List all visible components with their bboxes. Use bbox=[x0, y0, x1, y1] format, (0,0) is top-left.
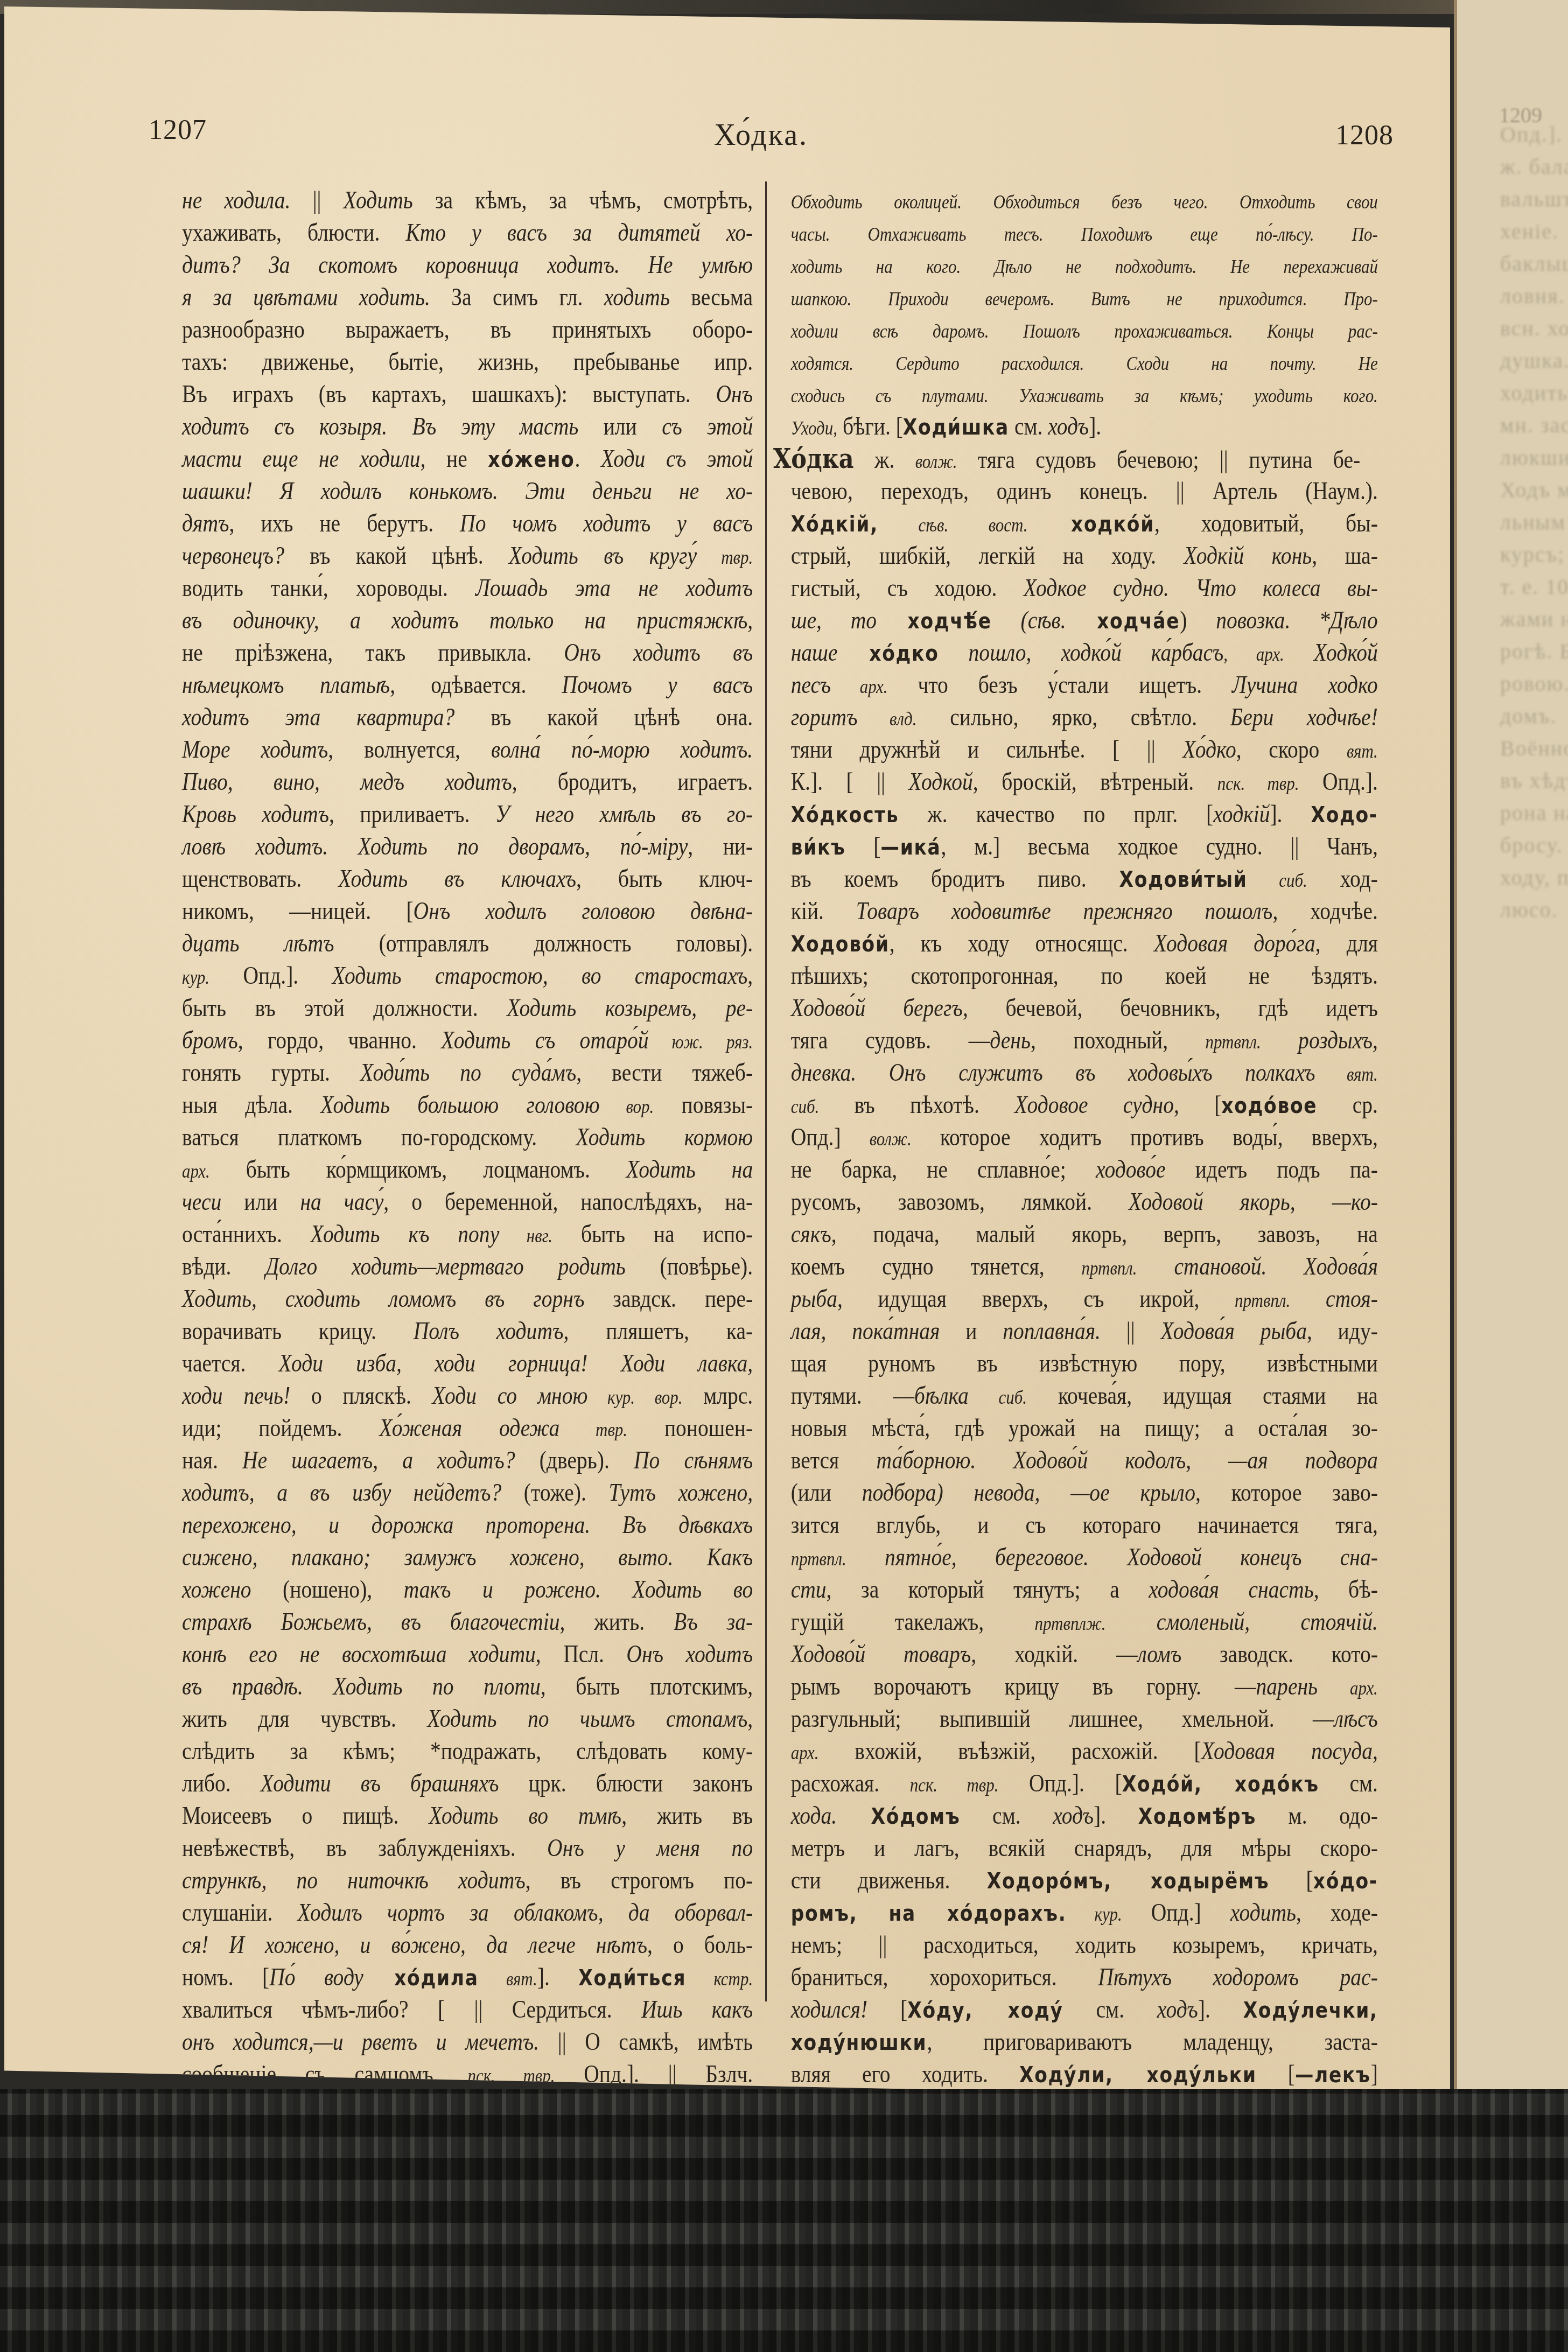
text-line: хвалиться чѣмъ-либо? [ || Сердиться. Ишь… bbox=[182, 1993, 753, 2026]
text-run: Ходить на bbox=[626, 1156, 753, 1183]
bold-term: Ходу́ли, ходу́льки bbox=[1019, 2063, 1257, 2088]
text-line: чается. Ходи изба, ходи горница! Ходи ла… bbox=[182, 1347, 753, 1380]
text-run: щая руномъ въ извѣстную пору, извѣстными bbox=[791, 1349, 1378, 1377]
text-line: Хо́дкость ж. качество по прлг. [ходкій].… bbox=[773, 798, 1378, 830]
text-run: , ходовитый, бы- bbox=[1154, 509, 1378, 537]
text-line: Кровь ходитъ, приливаетъ. У него хмѣль в… bbox=[182, 798, 753, 830]
text-run: кстр. bbox=[686, 1968, 753, 1990]
text-run: страхѣ Божьемъ, въ благочестіи bbox=[182, 1608, 559, 1635]
text-line: немъ; || расходиться, ходить козыремъ, к… bbox=[773, 1929, 1378, 1961]
text-run: || bbox=[290, 186, 343, 214]
text-run: русомъ, завозомъ, лямкой. bbox=[791, 1188, 1129, 1215]
text-line: зится вглубь, и съ котораго начинается т… bbox=[773, 1509, 1378, 1541]
text-run: , волнуется, bbox=[328, 736, 491, 763]
text-run: ворачивать крицу. bbox=[182, 1317, 414, 1345]
text-run: или bbox=[578, 412, 662, 440]
text-line: тяга судовъ. —день, походный, пртвпл. ро… bbox=[773, 1024, 1378, 1056]
text-run: немъ; || расходиться, ходить козыремъ, к… bbox=[791, 1931, 1378, 1958]
text-run: , жить. bbox=[559, 1608, 674, 1635]
text-run: , ша- bbox=[1312, 542, 1378, 569]
text-line: ухаживать, блюсти. Кто у васъ за дитятей… bbox=[182, 216, 753, 249]
text-line: вется та́борною. Ходово́й кодолъ, —ая по… bbox=[773, 1444, 1378, 1476]
bold-term: ви́къ bbox=[791, 835, 846, 860]
text-run: Полъ ходитъ bbox=[414, 1317, 564, 1345]
text-run: юж. ряз. bbox=[649, 1031, 753, 1053]
text-run: Въ играхъ (въ картахъ, шашкахъ): выступа… bbox=[182, 380, 716, 408]
text-run: номъ. [ bbox=[182, 1963, 269, 1991]
text-run: Ходовой якорь, —ко- bbox=[1129, 1188, 1378, 1215]
text-run: перехожено, и дорожка проторена. Въ дѣвк… bbox=[182, 1511, 753, 1538]
text-line: коемъ судно тянется, пртвпл. становой. Х… bbox=[773, 1250, 1378, 1283]
text-run: , иду- bbox=[1307, 1317, 1378, 1345]
text-line: страхѣ Божьемъ, въ благочестіи, жить. Въ… bbox=[182, 1606, 753, 1638]
text-line: К.]. [ || Ходкой, броскій, вѣтреный. пск… bbox=[773, 766, 1378, 798]
text-run: Ходить по чьимъ стопамъ bbox=[427, 1705, 747, 1732]
text-run: , бечевой, бечовникъ, гдѣ идетъ bbox=[963, 994, 1378, 1021]
text-run: бѣлка bbox=[914, 1382, 969, 1409]
text-run: Въ за- bbox=[674, 1608, 753, 1635]
text-line: путями. —бѣлка сиб. кочева́я, идущая ста… bbox=[773, 1380, 1378, 1412]
text-line: сти движенья. Ходоро́мъ, ходырёмъ [хо́до… bbox=[773, 1864, 1378, 1896]
text-line: Уходи, бѣги. [Ходи́шка см. ходъ]. bbox=[773, 410, 1378, 443]
text-run: , жить въ bbox=[621, 1802, 753, 1829]
text-line: конѣ его не восхотѣша ходити, Псл. Онъ х… bbox=[182, 1638, 753, 1670]
text-run: , приливаетъ. bbox=[329, 800, 495, 828]
text-run: волж. bbox=[915, 451, 957, 472]
text-run: , вести тяжеб- bbox=[576, 1059, 753, 1086]
text-run: слѣдить за кѣмъ; *подражать, слѣдовать к… bbox=[182, 1737, 753, 1765]
text-run: сижено, плакано; замужъ хожено, выто. Ка… bbox=[182, 1543, 753, 1571]
text-line: перехожено, и дорожка проторена. Въ дѣвк… bbox=[182, 1509, 753, 1541]
text-run: Кто у васъ за дитятей хо- bbox=[406, 219, 753, 246]
text-run: пошло, ходко́й ка́рбасъ bbox=[939, 639, 1224, 666]
text-run: горитъ bbox=[791, 703, 858, 731]
text-line: ше, то ходчѣ́е (сѣв. ходча́е) повозка. *… bbox=[773, 604, 1378, 636]
text-run: Ходить старостою, во старостахъ, bbox=[332, 962, 753, 989]
text-run: Моисеевъ о пищѣ. bbox=[182, 1802, 429, 1829]
text-line: Море ходитъ, волнуется, волна́ по́-морю … bbox=[182, 733, 753, 766]
text-run: ходили всѣ даромъ. Пошолъ прохаживаться.… bbox=[791, 320, 1378, 342]
text-run: весьма bbox=[670, 283, 753, 311]
text-run: К.]. [ || bbox=[791, 768, 909, 795]
text-run: Хо́женая одежа bbox=[379, 1414, 559, 1441]
text-run: ходитъ съ козыря. Въ эту масть bbox=[182, 412, 578, 440]
text-run: пртвпл. bbox=[791, 1548, 846, 1570]
text-line: Опд.] волж. которое ходитъ противъ воды́… bbox=[773, 1121, 1378, 1153]
text-run: вхожій, въѣзжій, расхожій. [ bbox=[819, 1737, 1201, 1765]
text-line: сти, за который тянутъ; а ходова́я снаст… bbox=[773, 1573, 1378, 1606]
text-line: щенствовать. Ходить въ ключахъ, быть клю… bbox=[182, 863, 753, 895]
text-run: , подача, малый якорь, верпъ, завозъ, на bbox=[831, 1220, 1378, 1248]
text-line: пртвпл. пятно́е, береговое. Ходовой коне… bbox=[773, 1541, 1378, 1573]
text-run: Онъ bbox=[716, 380, 753, 408]
text-run: быть въ этой должности. bbox=[182, 994, 507, 1021]
column-rule bbox=[765, 181, 767, 2001]
text-run: пртвпл. bbox=[1082, 1257, 1137, 1279]
text-run: Опд.]. bbox=[1299, 768, 1378, 795]
text-run: ]. bbox=[1094, 1802, 1138, 1829]
text-run: кур. bbox=[1067, 1903, 1122, 1925]
text-line: Ходово́й товаръ, ходкій. —ломъ заводск. … bbox=[773, 1638, 1378, 1670]
text-run: [ bbox=[1257, 2060, 1295, 2088]
text-run: , гордо, чванно. bbox=[238, 1026, 442, 1054]
text-line: жить для чувствъ. Ходить по чьимъ стопам… bbox=[182, 1703, 753, 1735]
text-run: , такъ и рожено. Ходить во bbox=[367, 1576, 753, 1603]
text-run: За симъ гл. bbox=[430, 283, 604, 311]
text-run: коемъ судно тянется, bbox=[791, 1252, 1082, 1280]
text-run: становой. Ходова́я bbox=[1137, 1252, 1378, 1280]
text-run: вят. bbox=[1315, 1063, 1378, 1085]
text-run: сильно, ярко, свѣтло. bbox=[916, 703, 1230, 731]
text-run: дитъ? За скотомъ коровница ходитъ. Не ум… bbox=[182, 251, 753, 278]
text-run: въ коемъ бродитъ пиво. bbox=[791, 865, 1119, 892]
text-line: дятъ, ихъ не берутъ. По чомъ ходитъ у ва… bbox=[182, 507, 753, 540]
text-run: , въ строгомъ по- bbox=[526, 1866, 753, 1894]
text-line: ворачивать крицу. Полъ ходитъ, пляшетъ, … bbox=[182, 1315, 753, 1347]
text-run: Онъ ходилъ головою двѣна- bbox=[414, 897, 753, 925]
text-line: не пріѣзжена, такъ привыкла. Онъ ходитъ … bbox=[182, 636, 753, 669]
text-run: Почомъ у васъ bbox=[562, 671, 753, 698]
text-run: волж. bbox=[870, 1128, 912, 1150]
text-line: ходятся. Сердито расходился. Сходи на по… bbox=[773, 346, 1378, 378]
text-run: твр. bbox=[697, 547, 753, 568]
text-run: день bbox=[990, 1026, 1031, 1054]
text-run: пск. твр. bbox=[910, 1774, 999, 1796]
text-run: Ходи со мною bbox=[432, 1382, 588, 1409]
text-line: пѣшихъ; скотопрогонная, по коей не ѣздят… bbox=[773, 960, 1378, 992]
text-run: роздыхъ, bbox=[1261, 1026, 1378, 1054]
text-run: , быть ключ- bbox=[576, 865, 753, 892]
text-run: , которое заво- bbox=[1195, 1479, 1378, 1506]
text-run: Обходить околицей. Обходиться безъ чего.… bbox=[791, 191, 1378, 213]
text-run: ломъ bbox=[1137, 1640, 1181, 1668]
text-run: ныя дѣла. bbox=[182, 1091, 320, 1118]
text-run: ходово́е bbox=[1096, 1156, 1166, 1183]
text-run: , приговариваютъ младенцу, заста- bbox=[927, 2028, 1377, 2055]
text-run: см. bbox=[1319, 1769, 1378, 1797]
text-run: ходъ bbox=[1157, 1996, 1198, 2023]
text-line: разнообразно выражаетъ, въ принятыхъ обо… bbox=[182, 313, 753, 346]
text-run: рыба bbox=[791, 1285, 837, 1312]
text-run: разгульный; выпившій лишнее, хмельной. — bbox=[791, 1705, 1334, 1732]
text-run: за кѣмъ, за чѣмъ, смотрѣть, bbox=[413, 186, 753, 214]
text-run: иди; пойдемъ. bbox=[182, 1414, 379, 1441]
text-line: часы. Отхаживать тесъ. Походимъ еще по́-… bbox=[773, 216, 1378, 249]
text-line: шапкою. Приходи вечеромъ. Витъ не приход… bbox=[773, 281, 1378, 313]
bold-term: —ика́ bbox=[881, 835, 941, 860]
text-run: Ходить во тмѣ bbox=[429, 1802, 622, 1829]
text-line: чеси или на часу́, о беременной, напослѣ… bbox=[182, 1186, 753, 1218]
bold-term: хо́дила bbox=[363, 1966, 479, 1991]
text-run: никомъ, —ницей. [ bbox=[182, 897, 414, 925]
bold-term: Хо́ду, ходу́ bbox=[907, 1998, 1063, 2023]
text-run: , для bbox=[1315, 929, 1378, 957]
text-line: вѣди. Долго ходить—мертваго родить (повѣ… bbox=[182, 1250, 753, 1283]
text-run: Лучина ходко bbox=[1232, 671, 1378, 698]
text-run: лѣсъ bbox=[1334, 1705, 1378, 1732]
bold-term: Ходомѣ́ръ bbox=[1138, 1804, 1256, 1829]
text-run: арх. bbox=[1318, 1677, 1378, 1699]
text-line: Ходово́й берегъ, бечевой, бечовникъ, гдѣ… bbox=[773, 992, 1378, 1024]
text-run: Лошадь эта не ходитъ bbox=[475, 574, 753, 601]
text-run: не bbox=[425, 445, 488, 472]
text-line: гонять гурты. Ходи́ть по суда́мъ, вести … bbox=[182, 1056, 753, 1089]
text-run: сходись съ плутами. Ухаживать за кѣмъ; у… bbox=[791, 385, 1378, 407]
text-line: ходили всѣ даромъ. Пошолъ прохаживаться.… bbox=[773, 313, 1378, 346]
text-line: горитъ влд. сильно, ярко, свѣтло. Бери х… bbox=[773, 701, 1378, 733]
text-run: ходкій bbox=[1213, 800, 1270, 828]
text-run: дневка. Онъ служитъ въ ходовы́хъ полкахъ bbox=[791, 1059, 1315, 1086]
text-run: браниться, хорохориться. bbox=[791, 1963, 1098, 1991]
text-run: , броскій, вѣтреный. bbox=[973, 768, 1217, 795]
text-run: зится вглубь, и съ котораго начинается т… bbox=[791, 1511, 1378, 1538]
text-run: на часу́ bbox=[300, 1188, 383, 1215]
text-run: црк. блюсти законъ bbox=[499, 1769, 753, 1797]
text-run: Ходи́ть по суда́мъ bbox=[360, 1059, 576, 1086]
text-run: сти движенья. bbox=[791, 1866, 987, 1894]
text-run: млрс. bbox=[682, 1382, 753, 1409]
text-line: ромъ, на хо́дорахъ. кур. Опд.] ходить, х… bbox=[773, 1896, 1378, 1929]
text-run: повязы- bbox=[654, 1091, 753, 1118]
text-run: дятъ bbox=[182, 509, 229, 537]
text-line: ловѣ ходитъ. Ходить по дворамъ, по́-міру… bbox=[182, 830, 753, 863]
text-line: ходитъ эта квартира? въ какой цѣнѣ она. bbox=[182, 701, 753, 733]
text-run: Ходово́й берегъ bbox=[791, 994, 963, 1021]
text-line: наше хо́дко пошло, ходко́й ка́рбасъ, арх… bbox=[773, 636, 1378, 669]
text-line: въ одиночку, а ходитъ только на пристяжк… bbox=[182, 604, 753, 636]
text-run: , арх. bbox=[1223, 643, 1284, 665]
text-run: бромъ bbox=[182, 1026, 238, 1054]
text-run: кій. bbox=[791, 897, 856, 925]
text-run: о пляскѣ. bbox=[290, 1382, 432, 1409]
text-run: см. bbox=[1063, 1996, 1157, 2023]
text-run: Не шагаетъ, а ходитъ? bbox=[242, 1446, 515, 1474]
text-run: Ходить въ кругу́ bbox=[509, 542, 697, 569]
text-line: разгульный; выпившій лишнее, хмельной. —… bbox=[773, 1703, 1378, 1735]
text-run: стоя- bbox=[1290, 1285, 1378, 1312]
text-run: пск. твр. bbox=[467, 2065, 555, 2087]
text-line: сообщеніе съ самцомъ. пск. твр. Опд.]. |… bbox=[182, 2058, 753, 2090]
text-run: (или bbox=[791, 1479, 862, 1506]
text-run: сиб. bbox=[791, 1096, 820, 1117]
text-line: ная. Не шагаетъ, а ходитъ? (дверь). По с… bbox=[182, 1444, 753, 1476]
text-line: Обходить околицей. Обходиться безъ чего.… bbox=[773, 184, 1378, 216]
text-run: ся! И хожено, и во́жено, да легче нѣтъ bbox=[182, 1931, 647, 1958]
text-run: жить для чувствъ. bbox=[182, 1705, 427, 1732]
text-run: Ходко́й bbox=[1284, 639, 1378, 666]
text-run: быть ко́рмщикомъ, лоцманомъ. bbox=[210, 1156, 626, 1183]
text-run: влд. bbox=[858, 708, 917, 730]
text-run: невѣжествѣ, въ заблужденіяхъ. bbox=[182, 1834, 547, 1861]
text-run: Бери ходчѣе! bbox=[1230, 703, 1378, 731]
text-run: , ни- bbox=[688, 832, 753, 860]
text-line: дцать лѣтъ (отправлялъ должность головы)… bbox=[182, 927, 753, 960]
headword: Хо́дка bbox=[773, 443, 854, 474]
text-run: Ходово́й товаръ bbox=[791, 1640, 971, 1668]
text-line: стрункѣ, по ниточкѣ ходитъ, въ строгомъ … bbox=[182, 1864, 753, 1896]
text-run: чеси bbox=[182, 1188, 221, 1215]
text-run: Опд.] bbox=[1122, 1899, 1230, 1926]
text-run: ходи печь! bbox=[182, 1382, 290, 1409]
text-line: гистый, съ ходою. Ходкое судно. Что коле… bbox=[773, 572, 1378, 604]
text-run: ход- bbox=[1307, 865, 1378, 892]
text-run: Онъ ходитъ bbox=[626, 1640, 753, 1668]
text-run: ср. bbox=[1317, 1091, 1378, 1118]
text-run: чается. bbox=[182, 1349, 279, 1377]
text-line: гущій такелажъ, пртвплж. смоленый, стояч… bbox=[773, 1606, 1378, 1638]
text-run: ходить bbox=[1230, 1899, 1296, 1926]
text-line: браниться, хорохориться. Пѣтухъ ходоромъ… bbox=[773, 1961, 1378, 1993]
text-line: сижено, плакано; замужъ хожено, выто. Ка… bbox=[182, 1541, 753, 1573]
text-run: Кровь ходитъ bbox=[182, 800, 329, 828]
text-run: Ходить кормою bbox=[576, 1123, 753, 1151]
text-run: Опд.]. || Бзлч. bbox=[555, 2060, 753, 2088]
text-run: повозка. *Дѣло bbox=[1216, 606, 1378, 634]
text-run: сѣв. вост. bbox=[878, 514, 1027, 536]
bold-term: Ходови́тый bbox=[1119, 867, 1248, 892]
text-run: Онъ у меня по bbox=[547, 1834, 753, 1861]
text-run: Опд.]. bbox=[209, 962, 332, 989]
text-run: расхожая. bbox=[791, 1769, 910, 1797]
text-run: сиб. bbox=[1248, 870, 1307, 891]
text-line: ходу́нюшки, приговариваютъ младенцу, зас… bbox=[773, 2026, 1378, 2058]
text-run: Пѣтухъ ходоромъ рас- bbox=[1098, 1963, 1378, 1991]
text-run: масти еще не ходили, bbox=[182, 445, 425, 472]
text-line: арх. вхожій, въѣзжій, расхожій. [Ходовая… bbox=[773, 1735, 1378, 1767]
text-run: щенствовать. bbox=[182, 865, 338, 892]
text-run: тяга судовъ. — bbox=[791, 1026, 990, 1054]
text-run: , [ bbox=[1174, 1091, 1221, 1118]
text-line: вляя его ходить. Ходу́ли, ходу́льки [—ле… bbox=[773, 2058, 1378, 2090]
text-run: не ходила. bbox=[182, 186, 290, 214]
text-run: Опд.]. [ bbox=[999, 1769, 1122, 1797]
text-line: оста́ннихъ. Ходить къ попу нвг. быть на … bbox=[182, 1218, 753, 1250]
text-line: стрый, шибкій, легкій на ходу. Ходкій ко… bbox=[773, 540, 1378, 572]
text-line: ходился! [Хо́ду, ходу́ см. ходъ]. Ходу́л… bbox=[773, 1993, 1378, 2026]
text-run: вят. bbox=[479, 1968, 537, 1990]
text-line: Пиво, вино, медъ ходитъ, бродитъ, играет… bbox=[182, 766, 753, 798]
text-run: , бродитъ, играетъ. bbox=[512, 768, 753, 795]
text-line: Ходить, сходить ломомъ въ горнъ завдск. … bbox=[182, 1283, 753, 1315]
text-line: слушаніи. Ходилъ чортъ за облакомъ, да о… bbox=[182, 1896, 753, 1929]
text-run: ж. качество по прлг. [ bbox=[899, 800, 1213, 828]
text-run: По́ воду bbox=[269, 1963, 363, 1991]
text-line: масти еще не ходили, не хо́жено. Ходи съ… bbox=[182, 443, 753, 475]
text-run: гонять гурты. bbox=[182, 1059, 360, 1086]
text-run: [ bbox=[846, 832, 881, 860]
text-line: въ правдѣ. Ходить по плоти, быть плотски… bbox=[182, 1670, 753, 1703]
text-run: наше bbox=[791, 639, 838, 666]
text-run: , Псл. bbox=[536, 1640, 626, 1668]
text-run: , ходкій. — bbox=[971, 1640, 1137, 1668]
text-run: ж. bbox=[854, 446, 915, 473]
text-line: либо. Ходити въ брашняхъ црк. блюсти зак… bbox=[182, 1767, 753, 1800]
text-run: (отправлялъ должность головы). bbox=[334, 929, 753, 957]
text-line: (или подбора) невода, —ое крыло, которое… bbox=[773, 1476, 1378, 1509]
text-run: дцать лѣтъ bbox=[182, 929, 334, 957]
text-run: завдск. пере- bbox=[584, 1285, 753, 1312]
text-run: либо. bbox=[182, 1769, 261, 1797]
text-line: ходить на кого. Дѣло не подходитъ. Не пе… bbox=[773, 249, 1378, 281]
bold-term: ходча́е bbox=[1066, 609, 1180, 634]
text-run: волна́ по́-морю ходитъ. bbox=[491, 736, 753, 763]
text-run: Ходовая доро́га bbox=[1154, 929, 1315, 957]
text-line: расхожая. пск. твр. Опд.]. [Ходо́й, ходо… bbox=[773, 1767, 1378, 1800]
text-run: ходился! bbox=[791, 1996, 867, 2023]
text-run: онъ ходится,—и рветъ и мечетъ. bbox=[182, 2028, 539, 2055]
text-run: Ходити въ брашняхъ bbox=[261, 1769, 499, 1797]
bold-term: ходко́й bbox=[1027, 512, 1154, 537]
text-line: слѣдить за кѣмъ; *подражать, слѣдовать к… bbox=[182, 1735, 753, 1767]
text-run: идетъ подъ па- bbox=[1166, 1156, 1378, 1183]
text-run: гущій такелажъ, bbox=[791, 1608, 1035, 1635]
text-run: Ходить bbox=[344, 186, 413, 214]
text-run: Ишь какъ bbox=[641, 1996, 753, 2023]
text-run: вляя его ходить. bbox=[791, 2060, 1019, 2088]
text-run: , м.] весьма ходкое судно. || Чанъ, bbox=[941, 832, 1378, 860]
text-run: шапкою. Приходи вечеромъ. Витъ не приход… bbox=[791, 288, 1378, 310]
text-run: , за который тянутъ; а bbox=[827, 1576, 1149, 1603]
text-line: сиб. въ пѣхотѣ. Ходовое судно, [ходо́вое… bbox=[773, 1089, 1378, 1121]
text-run: ходова́я снасть bbox=[1149, 1576, 1313, 1603]
bold-term: Ходо́й, ходо́къ bbox=[1122, 1772, 1319, 1797]
text-run: ) bbox=[1180, 606, 1216, 634]
text-line: арх. быть ко́рмщикомъ, лоцманомъ. Ходить… bbox=[182, 1153, 753, 1186]
text-run: ше, то bbox=[791, 606, 877, 634]
text-run: нѣмецкомъ платьѣ bbox=[182, 671, 390, 698]
text-line: ходитъ, а въ избу нейдетъ? (тоже). Тутъ … bbox=[182, 1476, 753, 1509]
bold-term: Хо́домъ bbox=[837, 1804, 960, 1829]
text-run: Хо́дко bbox=[1182, 736, 1236, 763]
text-run: Тутъ хожено, bbox=[608, 1479, 753, 1506]
text-line: иди; пойдемъ. Хо́женая одежа твр. поноше… bbox=[182, 1412, 753, 1444]
text-run: , ихъ не берутъ. bbox=[229, 509, 460, 537]
text-run: не барка, не сплавно́е; bbox=[791, 1156, 1096, 1183]
text-run: въ пѣхотѣ. bbox=[819, 1091, 1014, 1118]
text-run: Пиво, вино, медъ ходитъ bbox=[182, 768, 512, 795]
text-line: Моисеевъ о пищѣ. Ходить во тмѣ, жить въ bbox=[182, 1800, 753, 1832]
text-run: путями. — bbox=[791, 1382, 914, 1409]
bold-term: хо́дко bbox=[838, 641, 939, 666]
text-run: арх. bbox=[791, 1742, 819, 1763]
text-run: ходятся. Сердито расходился. Сходи на по… bbox=[791, 353, 1378, 374]
text-run: или bbox=[221, 1188, 300, 1215]
bold-term: Ходо- bbox=[1311, 803, 1377, 828]
bold-term: хо́до- bbox=[1313, 1869, 1378, 1894]
text-run: твр. bbox=[559, 1419, 627, 1440]
text-line: песъ арх. что безъ у́стали ищетъ. Лучина… bbox=[773, 669, 1378, 701]
text-run: ] bbox=[1371, 2060, 1378, 2088]
text-run: поплавна́я. bbox=[1003, 1317, 1101, 1345]
text-run: вется bbox=[791, 1446, 877, 1474]
text-run: ходить bbox=[604, 283, 670, 311]
text-run: Ходить козыремъ, ре- bbox=[507, 994, 753, 1021]
text-run: смоленый, стоячій. bbox=[1105, 1608, 1377, 1635]
text-run: сти bbox=[791, 1576, 827, 1603]
text-line: номъ. [По́ воду хо́дила вят.]. Ходи́ться… bbox=[182, 1961, 753, 1993]
text-run: Долго ходить—мертваго родить bbox=[265, 1252, 626, 1280]
text-run: Ходи изба, ходи горница! Ходи лавка, bbox=[279, 1349, 753, 1377]
text-run: Ходовая посуда, bbox=[1201, 1737, 1378, 1765]
text-line: лая, пока́тная и поплавна́я. || Ходова́я… bbox=[773, 1315, 1378, 1347]
text-run: ухаживать, блюсти. bbox=[182, 219, 406, 246]
text-run: пртвпл. bbox=[1206, 1031, 1261, 1053]
running-head: Хо́дка. bbox=[714, 118, 808, 152]
text-line: быть въ этой должности. Ходить козыремъ,… bbox=[182, 992, 753, 1024]
text-run: пск. твр. bbox=[1217, 773, 1299, 794]
text-run: , пляшетъ, ка- bbox=[563, 1317, 753, 1345]
bold-term: Ходово́й bbox=[791, 932, 890, 957]
